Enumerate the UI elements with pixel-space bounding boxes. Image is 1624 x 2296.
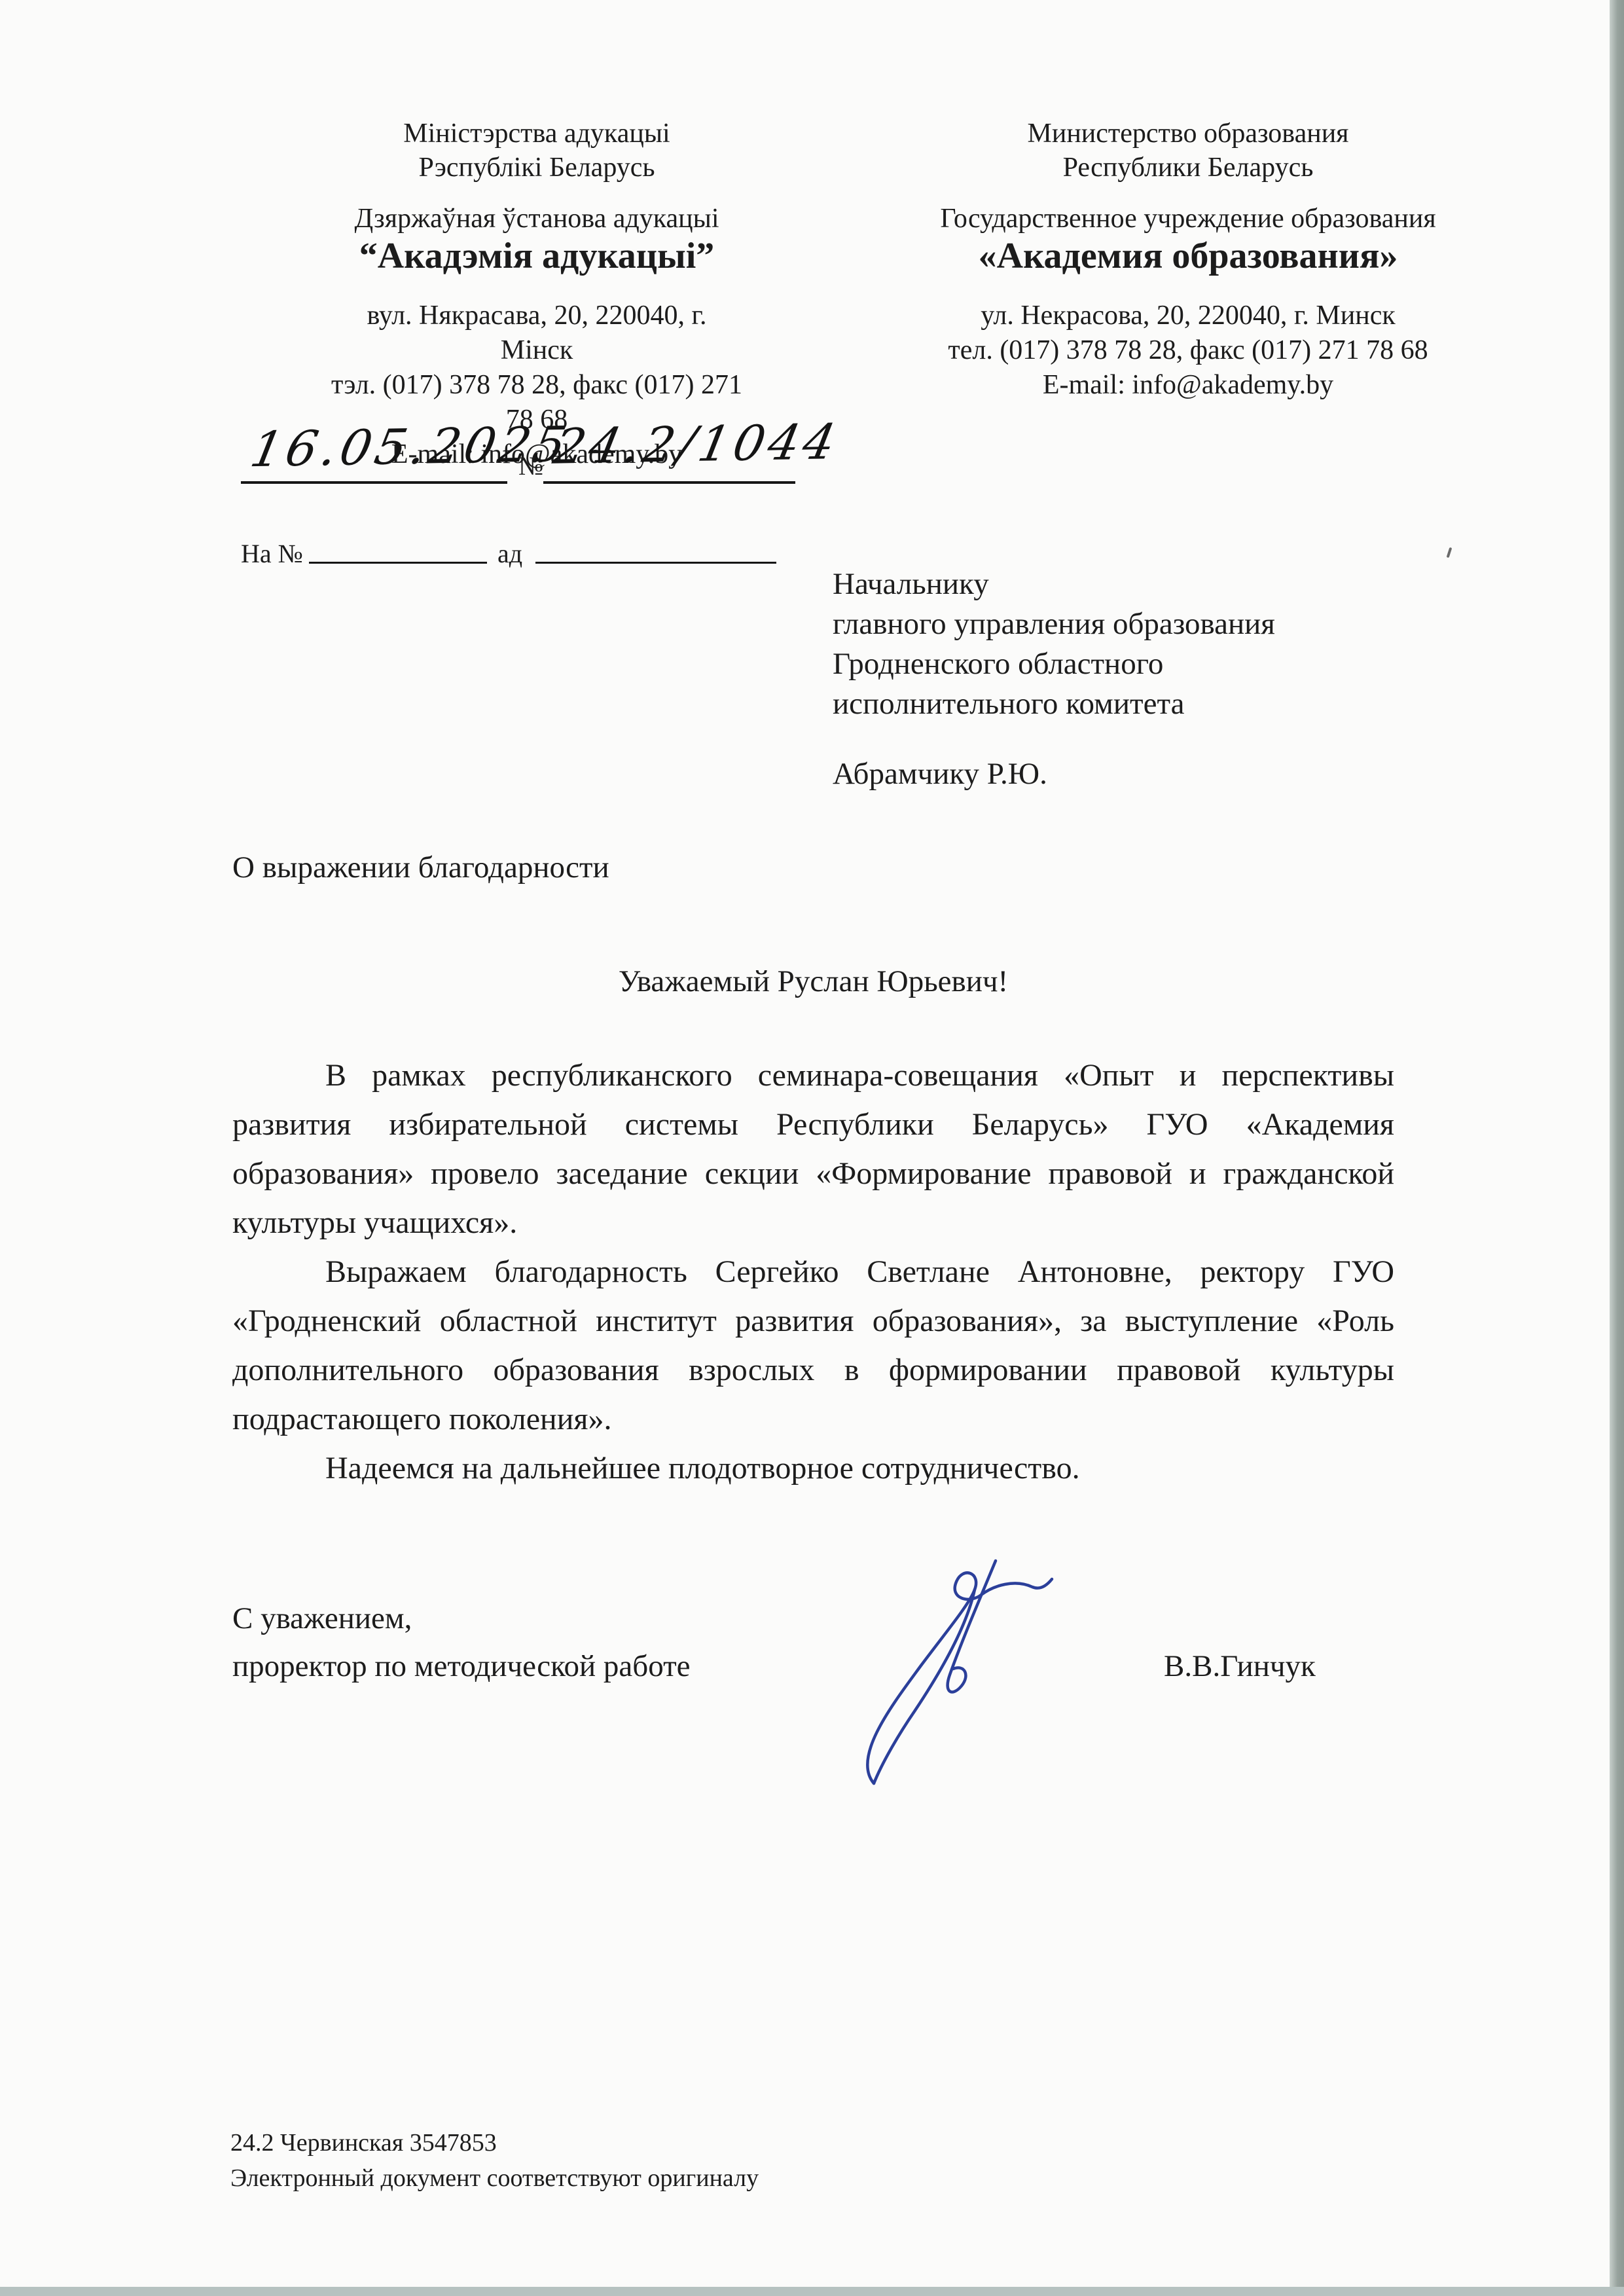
header-gap xyxy=(910,276,1466,299)
email-ru: E-mail: info@akademy.by xyxy=(910,368,1466,403)
recipient-line: исполнительного комитета xyxy=(833,684,1448,724)
recipient-line: Начальнику xyxy=(833,564,1448,604)
letterhead-russian: Министерство образования Республики Бела… xyxy=(910,117,1466,403)
handwritten-number: 24.2/1044 xyxy=(549,414,844,475)
ministry-line-by-1: Міністэрства адукацыі xyxy=(331,117,743,151)
salutation: Уважаемый Руслан Юрьевич! xyxy=(232,964,1394,999)
org-name-by: “Акадэмія адукацыі” xyxy=(331,236,743,276)
header-gap xyxy=(331,185,743,202)
org-type-by: Дзяржаўная ўстанова адукацыі xyxy=(331,202,743,236)
address-by: вул. Някрасава, 20, 220040, г. Мінск xyxy=(331,299,743,368)
reply-na-no-label: На № xyxy=(241,538,303,569)
signoff-regards: С уважением, xyxy=(232,1601,412,1636)
ministry-line-ru-1: Министерство образования xyxy=(910,117,1466,151)
body-paragraph-3: Надеемся на дальнейшее плодотворное сотр… xyxy=(232,1444,1394,1493)
body-paragraph-2: Выражаем благодарность Сергейко Светлане… xyxy=(232,1247,1394,1444)
letter-page: Міністэрства адукацыі Рэспублікі Беларус… xyxy=(0,0,1624,2296)
number-sign: № xyxy=(518,450,543,481)
scan-edge-right xyxy=(1610,0,1624,2296)
executor-note: 24.2 Червинская 3547853 xyxy=(230,2125,759,2160)
subject-line: О выражении благодарности xyxy=(232,850,609,885)
recipient-block: Начальнику главного управления образован… xyxy=(833,564,1448,794)
recipient-line: главного управления образования xyxy=(833,604,1448,644)
letter-body: В рамках республиканского семинара-совещ… xyxy=(232,1051,1394,1493)
recipient-name: Абрамчику Р.Ю. xyxy=(833,754,1448,794)
org-name-ru: «Академия образования» xyxy=(910,236,1466,276)
org-type-ru: Государственное учреждение образования xyxy=(910,202,1466,236)
footer-block: 24.2 Червинская 3547853 Электронный доку… xyxy=(230,2125,759,2196)
reply-underline-1 xyxy=(309,562,487,564)
recipient-line: Гродненского областного xyxy=(833,644,1448,684)
signer-name: В.В.Гинчук xyxy=(1164,1649,1316,1684)
scan-edge-bottom xyxy=(0,2287,1624,2296)
scan-artifact xyxy=(1447,547,1453,558)
address-ru: ул. Некрасова, 20, 220040, г. Минск xyxy=(910,299,1466,333)
ministry-line-by-2: Рэспублікі Беларусь xyxy=(331,151,743,185)
date-underline xyxy=(241,481,507,484)
signoff-title: проректор по методической работе xyxy=(232,1649,690,1684)
signature-scrawl xyxy=(808,1553,1070,1795)
authenticity-note: Электронный документ соответствуют ориги… xyxy=(230,2160,759,2196)
phone-ru: тел. (017) 378 78 28, факс (017) 271 78 … xyxy=(910,333,1466,368)
reply-underline-2 xyxy=(535,562,776,564)
number-underline xyxy=(543,481,795,484)
header-gap xyxy=(331,276,743,299)
reply-ad-label: ад xyxy=(497,538,522,569)
ministry-line-ru-2: Республики Беларусь xyxy=(910,151,1466,185)
header-gap xyxy=(910,185,1466,202)
body-paragraph-1: В рамках республиканского семинара-совещ… xyxy=(232,1051,1394,1247)
